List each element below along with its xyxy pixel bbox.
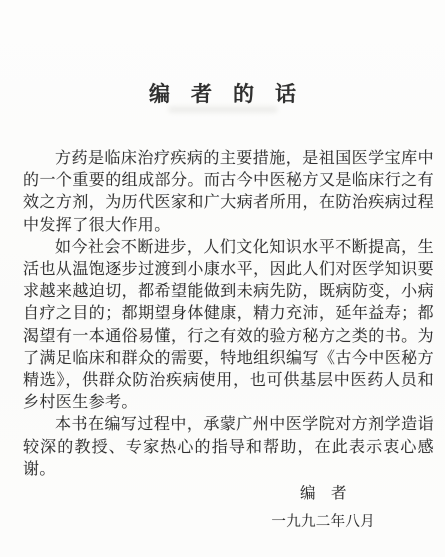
signature-block: 编 者 一九九二年八月	[271, 481, 375, 531]
signature-date: 一九九二年八月	[271, 510, 375, 531]
paragraph: 本书在编写过程中，承蒙广州中医学院对方剂学造诣较深的教授、专家热心的指导和帮助，…	[23, 414, 434, 481]
page-title: 编 者 的 话	[0, 78, 445, 108]
scan-smudge-artifact	[168, 106, 278, 113]
signature-author: 编 者	[271, 481, 375, 503]
preface-body: 方药是临床治疗疾病的主要措施，是祖国医学宝库中的一个重要的组成部分。而古今中医秘…	[23, 148, 434, 481]
paragraph: 方药是临床治疗疾病的主要措施，是祖国医学宝库中的一个重要的组成部分。而古今中医秘…	[23, 148, 434, 237]
scanned-book-page: 编 者 的 话 方药是临床治疗疾病的主要措施，是祖国医学宝库中的一个重要的组成部…	[0, 0, 445, 557]
paragraph: 如今社会不断进步，人们文化知识水平不断提高，生活也从温饱逐步过渡到小康水平，因此…	[23, 237, 434, 415]
